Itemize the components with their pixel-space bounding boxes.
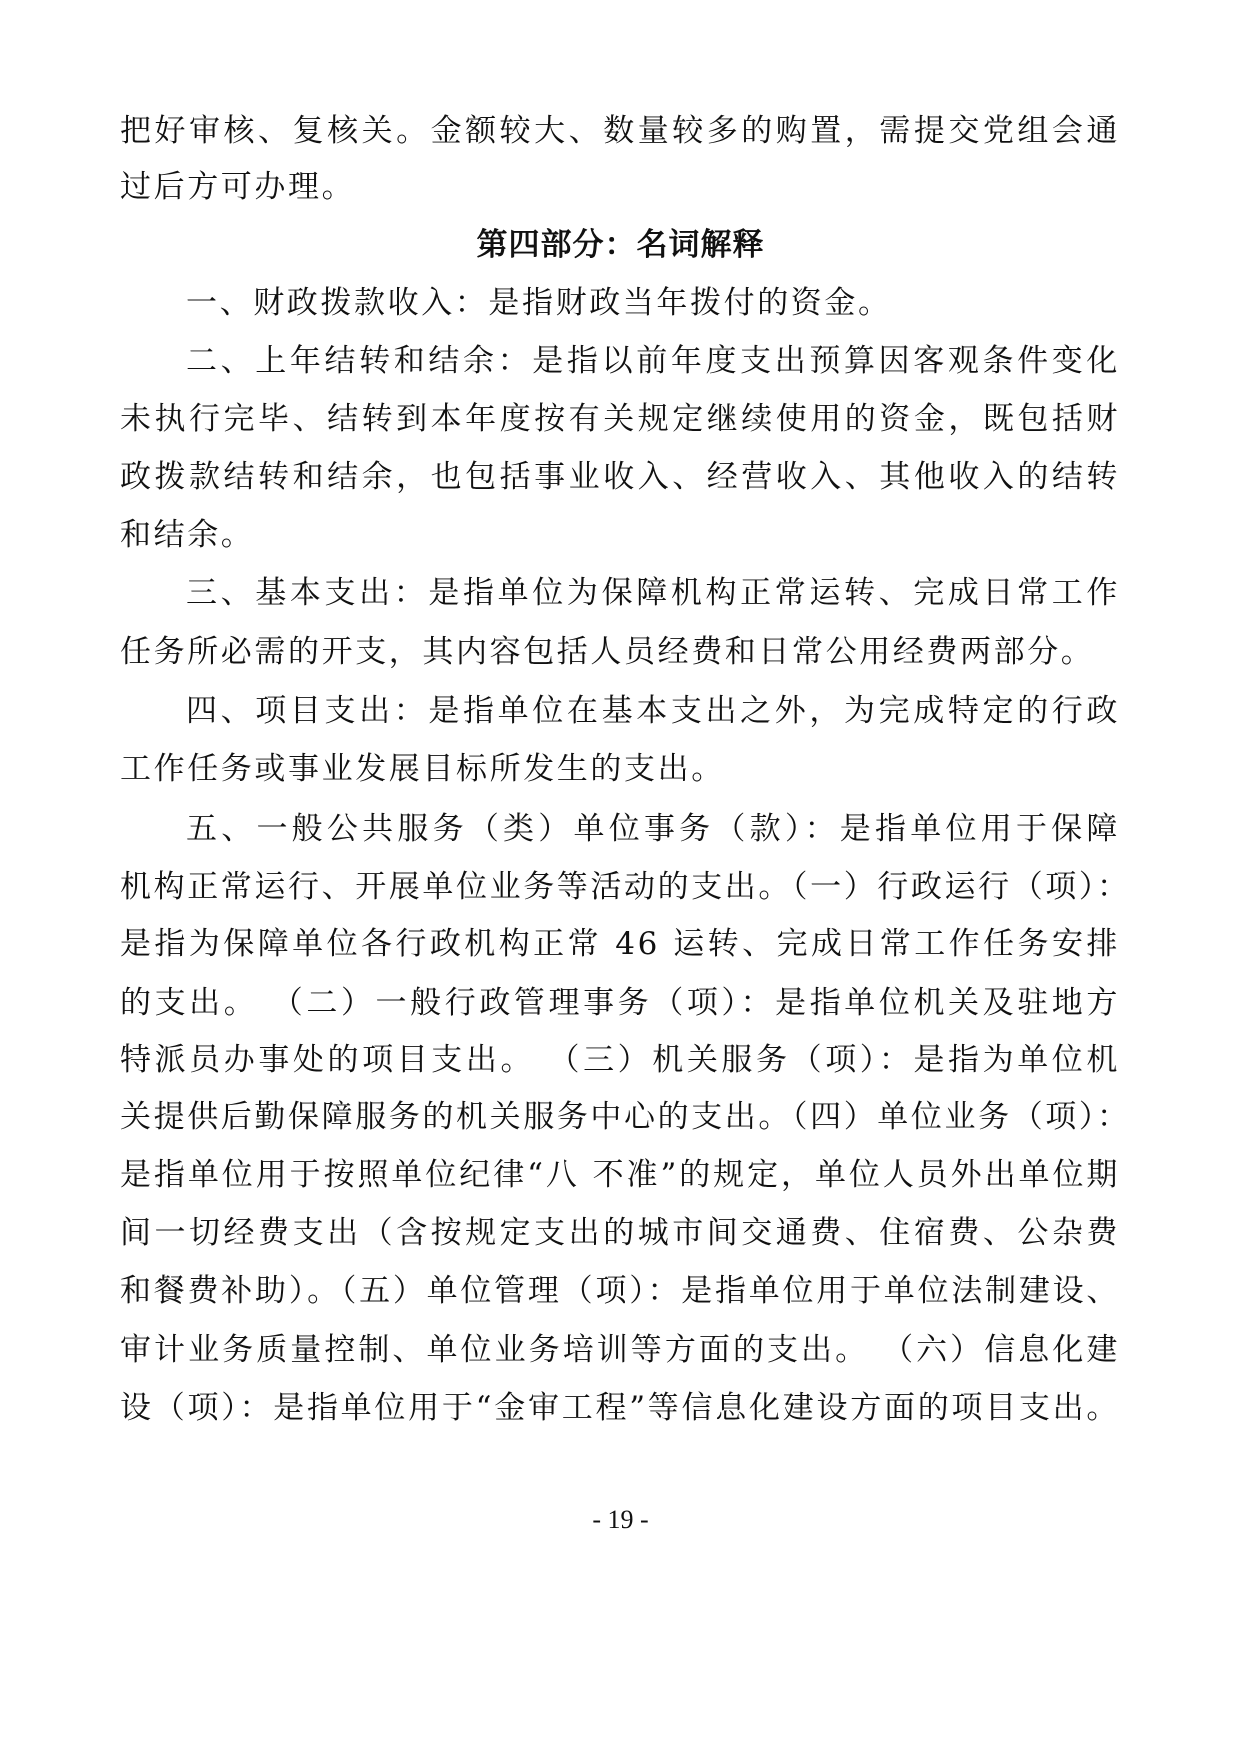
definition-5-line: 设（项）：是指单位用于“金审工程”等信息化建设方面的项目支出。 — [120, 1379, 1120, 1437]
page-number: - 19 - — [0, 1502, 1241, 1538]
definition-2-line: 政拨款结转和结余，也包括事业收入、经营收入、其他收入的结转 — [120, 448, 1120, 506]
definition-5-line: 审计业务质量控制、单位业务培训等方面的支出。 （六）信息化建 — [120, 1321, 1120, 1379]
section-heading: 第四部分：名词解释 — [0, 216, 1241, 274]
definition-4-line: 工作任务或事业发展目标所发生的支出。 — [120, 740, 1120, 798]
definition-3-line: 任务所必需的开支，其内容包括人员经费和日常公用经费两部分。 — [120, 623, 1120, 681]
definition-5-line: 特派员办事处的项目支出。 （三）机关服务（项）：是指为单位机 — [120, 1031, 1120, 1089]
definition-5-line: 间一切经费支出（含按规定支出的城市间交通费、住宿费、公杂费 — [120, 1204, 1120, 1262]
paragraph-line: 把好审核、复核关。金额较大、数量较多的购置，需提交党组会通 — [120, 102, 1120, 160]
definition-5-line: 五、一般公共服务（类）单位事务（款）：是指单位用于保障 — [186, 800, 1120, 858]
definition-5-line: 机构正常运行、开展单位业务等活动的支出。（一）行政运行（项）： — [120, 858, 1120, 916]
definition-2-line: 二、上年结转和结余：是指以前年度支出预算因客观条件变化 — [186, 332, 1120, 390]
definition-5-line: 和餐费补助）。（五）单位管理（项）：是指单位用于单位法制建设、 — [120, 1262, 1120, 1320]
definition-4-line: 四、项目支出：是指单位在基本支出之外，为完成特定的行政 — [186, 682, 1120, 740]
definition-2-line: 未执行完毕、结转到本年度按有关规定继续使用的资金，既包括财 — [120, 390, 1120, 448]
document-page: 把好审核、复核关。金额较大、数量较多的购置，需提交党组会通 过后方可办理。 第四… — [0, 0, 1241, 1754]
definition-2-line: 和结余。 — [120, 506, 1120, 564]
definition-5-line: 是指单位用于按照单位纪律“八 不准”的规定，单位人员外出单位期 — [120, 1146, 1120, 1204]
paragraph-line: 过后方可办理。 — [120, 158, 1120, 216]
definition-5-line: 是指为保障单位各行政机构正常 46 运转、完成日常工作任务安排 — [120, 915, 1120, 973]
definition-5-line: 的支出。 （二）一般行政管理事务（项）：是指单位机关及驻地方 — [120, 974, 1120, 1032]
definition-3-line: 三、基本支出：是指单位为保障机构正常运转、完成日常工作 — [186, 564, 1120, 622]
definition-1-line: 一、财政拨款收入：是指财政当年拨付的资金。 — [186, 274, 1120, 332]
definition-5-line: 关提供后勤保障服务的机关服务中心的支出。（四）单位业务（项）： — [120, 1088, 1120, 1146]
